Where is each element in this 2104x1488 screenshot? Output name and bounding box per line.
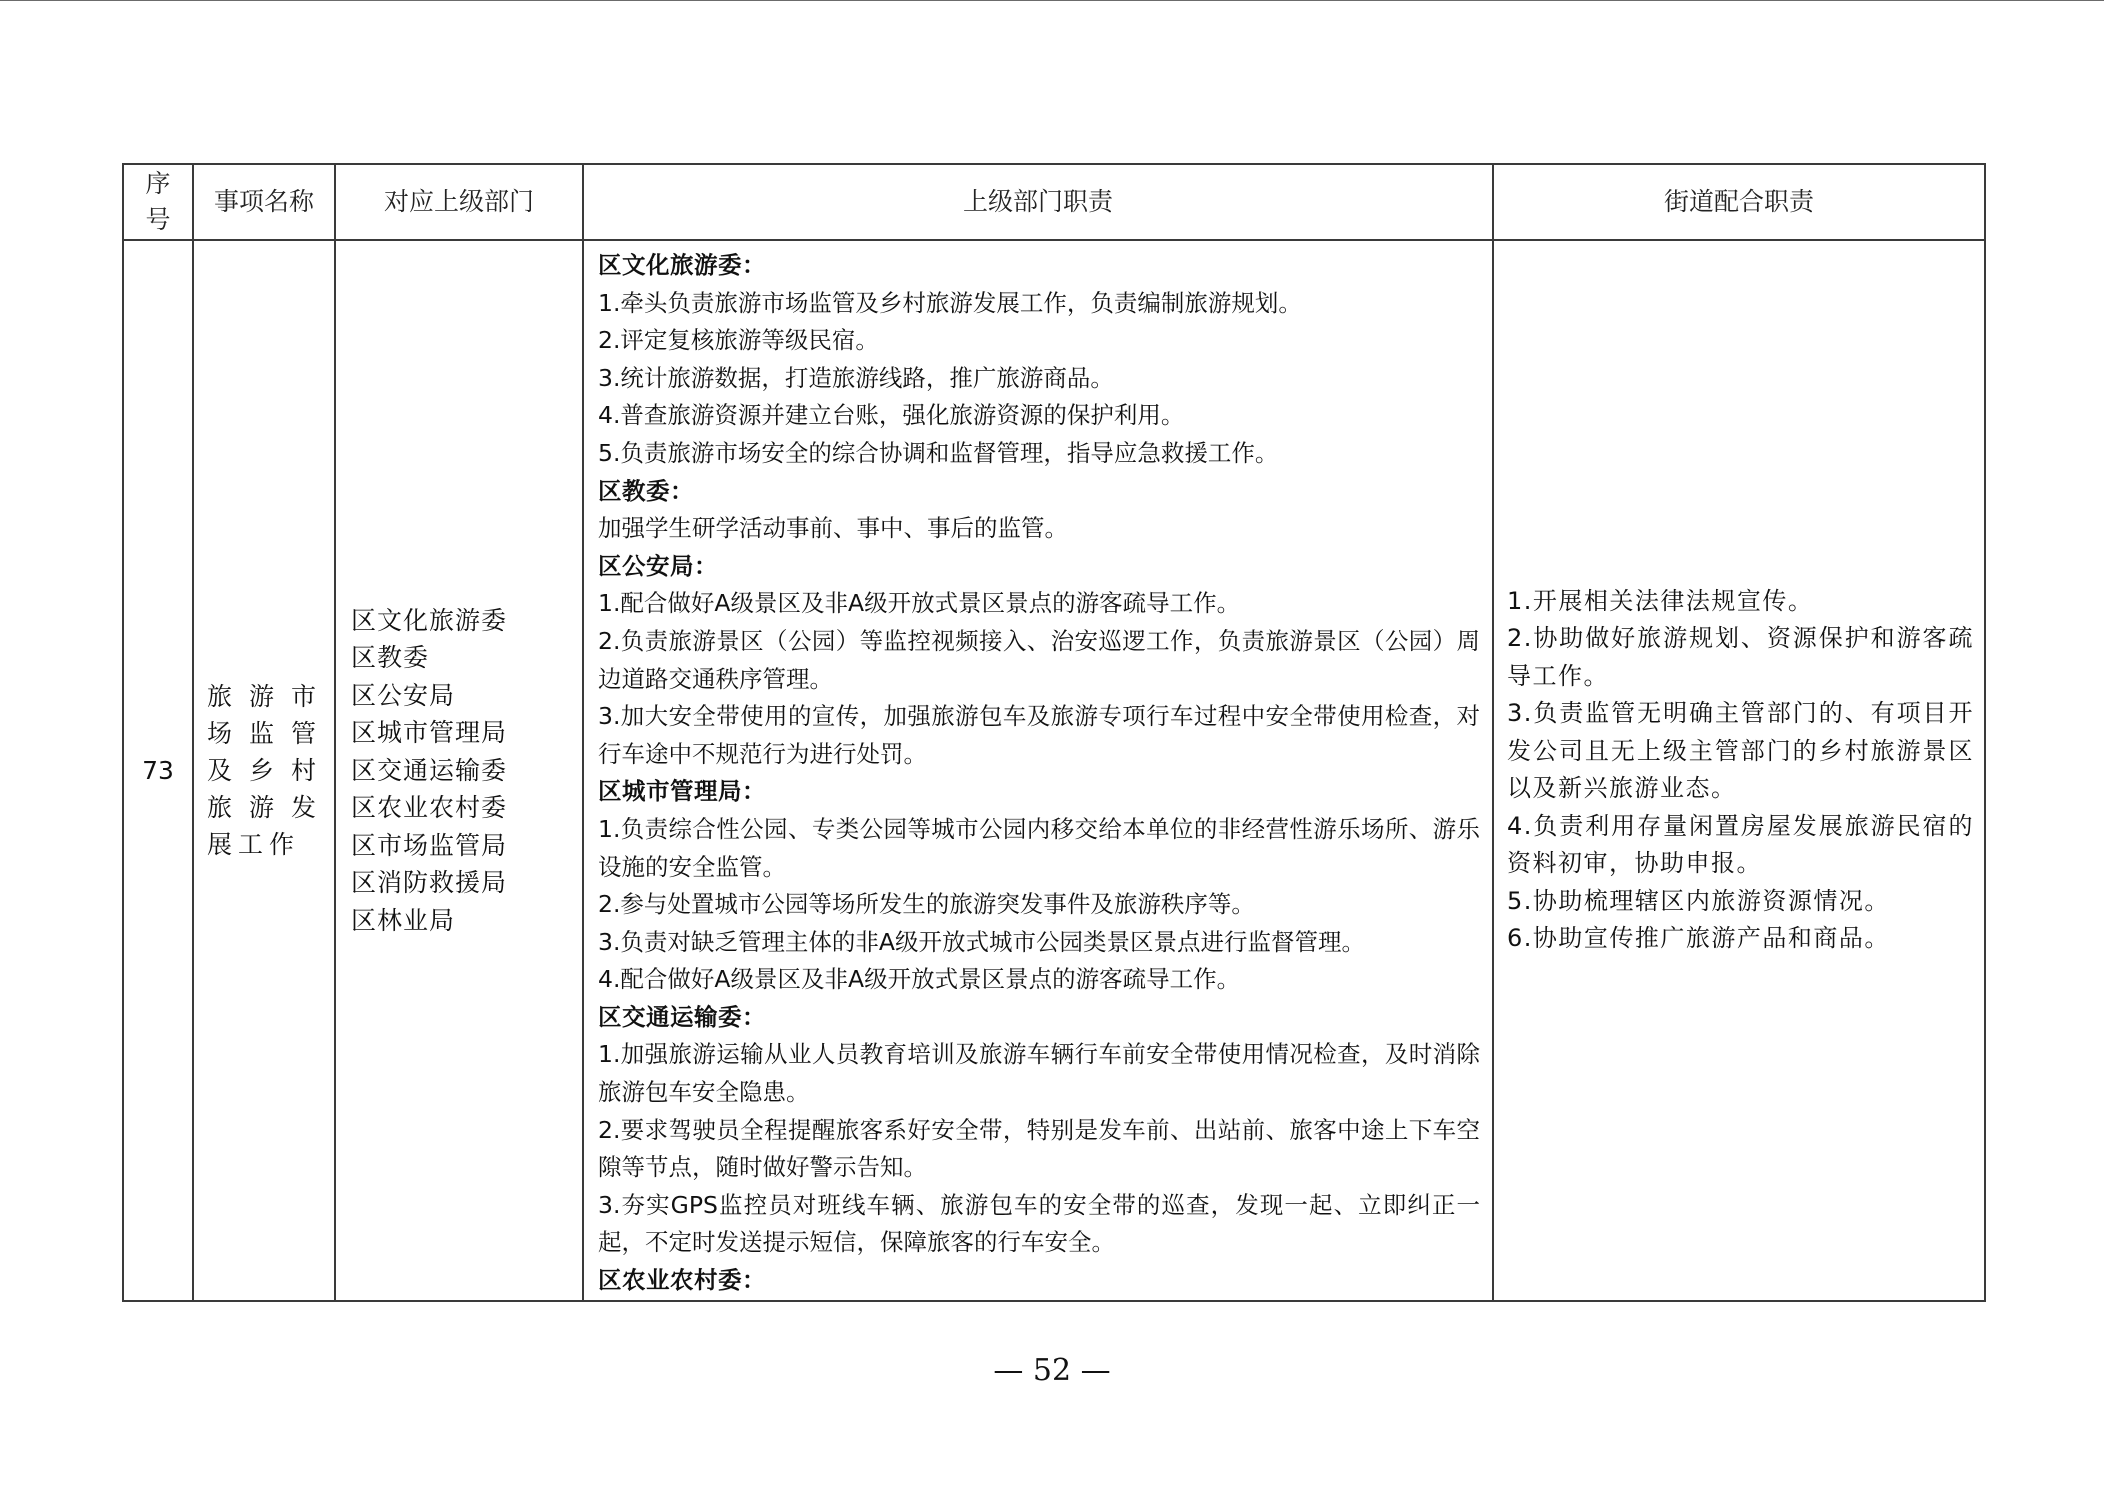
dept-list-item: 区教委 bbox=[351, 639, 582, 677]
page-top-edge bbox=[0, 0, 2104, 1]
header-seq: 序 号 bbox=[123, 164, 193, 240]
duty-dept-heading: 区教委： bbox=[598, 473, 1480, 511]
header-upper-dept: 对应上级部门 bbox=[335, 164, 583, 240]
cell-item-name: 旅游市场监管及乡村旅游发展工作 bbox=[193, 240, 335, 1301]
dept-list-item: 区林业局 bbox=[351, 902, 582, 940]
street-duty-item: 2.协助做好旅游规划、资源保护和游客疏导工作。 bbox=[1507, 620, 1974, 695]
duty-item: 3.夯实GPS监控员对班线车辆、旅游包车的安全带的巡查，发现一起、立即纠正一起，… bbox=[598, 1187, 1480, 1262]
responsibility-table: 序 号 事项名称 对应上级部门 上级部门职责 街道配合职责 73 旅游市场监管及… bbox=[122, 163, 1986, 1302]
page-number: — 52 — bbox=[0, 1353, 2104, 1388]
table-header-row: 序 号 事项名称 对应上级部门 上级部门职责 街道配合职责 bbox=[123, 164, 1985, 240]
dept-list-item: 区交通运输委 bbox=[351, 752, 582, 790]
cell-upper-depts: 区文化旅游委 区教委 区公安局 区城市管理局 区交通运输委 区农业农村委 区市场… bbox=[335, 240, 583, 1301]
cell-street-duties: 1.开展相关法律法规宣传。 2.协助做好旅游规划、资源保护和游客疏导工作。 3.… bbox=[1493, 240, 1985, 1301]
duty-dept-heading: 区文化旅游委： bbox=[598, 247, 1480, 285]
table-row: 73 旅游市场监管及乡村旅游发展工作 区文化旅游委 区教委 区公安局 区城市管理… bbox=[123, 240, 1985, 1301]
duty-item: 加强学生研学活动事前、事中、事后的监管。 bbox=[598, 510, 1480, 548]
duty-item: 5.负责旅游市场安全的综合协调和监督管理，指导应急救援工作。 bbox=[598, 435, 1480, 473]
duty-dept-heading: 区公安局： bbox=[598, 548, 1480, 586]
dept-list-item: 区文化旅游委 bbox=[351, 602, 582, 640]
duty-dept-heading: 区城市管理局： bbox=[598, 773, 1480, 811]
dept-list-item: 区公安局 bbox=[351, 677, 582, 715]
duty-dept-heading: 区交通运输委： bbox=[598, 999, 1480, 1037]
dept-list-item: 区市场监管局 bbox=[351, 827, 582, 865]
dept-list-item: 区城市管理局 bbox=[351, 714, 582, 752]
duty-item: 2.负责旅游景区（公园）等监控视频接入、治安巡逻工作，负责旅游景区（公园）周边道… bbox=[598, 623, 1480, 698]
header-upper-duties: 上级部门职责 bbox=[583, 164, 1493, 240]
duty-item: 4.配合做好A级景区及非A级开放式景区景点的游客疏导工作。 bbox=[598, 961, 1480, 999]
dept-list-item: 区消防救援局 bbox=[351, 864, 582, 902]
duty-item: 2.参与处置城市公园等场所发生的旅游突发事件及旅游秩序等。 bbox=[598, 886, 1480, 924]
duty-item: 3.统计旅游数据，打造旅游线路，推广旅游商品。 bbox=[598, 360, 1480, 398]
duty-item: 1.牵头负责旅游市场监管及乡村旅游发展工作，负责编制旅游规划。 bbox=[598, 285, 1480, 323]
header-street-duties: 街道配合职责 bbox=[1493, 164, 1985, 240]
street-duty-item: 5.协助梳理辖区内旅游资源情况。 bbox=[1507, 883, 1974, 921]
header-item-name: 事项名称 bbox=[193, 164, 335, 240]
duty-item: 1.加强旅游运输从业人员教育培训及旅游车辆行车前安全带使用情况检查，及时消除旅游… bbox=[598, 1036, 1480, 1111]
dept-list-item: 区农业农村委 bbox=[351, 789, 582, 827]
duty-item: 4.普查旅游资源并建立台账，强化旅游资源的保护利用。 bbox=[598, 397, 1480, 435]
street-duty-item: 1.开展相关法律法规宣传。 bbox=[1507, 583, 1974, 621]
street-duty-item: 3.负责监管无明确主管部门的、有项目开发公司且无上级主管部门的乡村旅游景区以及新… bbox=[1507, 695, 1974, 808]
duty-dept-heading: 区农业农村委： bbox=[598, 1262, 1480, 1300]
duty-item: 1.负责综合性公园、专类公园等城市公园内移交给本单位的非经营性游乐场所、游乐设施… bbox=[598, 811, 1480, 886]
street-duty-item: 6.协助宣传推广旅游产品和商品。 bbox=[1507, 920, 1974, 958]
duty-item: 2.要求驾驶员全程提醒旅客系好安全带，特别是发车前、出站前、旅客中途上下车空隙等… bbox=[598, 1112, 1480, 1187]
duty-item: 3.负责对缺乏管理主体的非A级开放式城市公园类景区景点进行监督管理。 bbox=[598, 924, 1480, 962]
cell-seq: 73 bbox=[123, 240, 193, 1301]
duty-item: 3.加大安全带使用的宣传，加强旅游包车及旅游专项行车过程中安全带使用检查，对行车… bbox=[598, 698, 1480, 773]
duty-item: 1.配合做好A级景区及非A级开放式景区景点的游客疏导工作。 bbox=[598, 585, 1480, 623]
street-duty-item: 4.负责利用存量闲置房屋发展旅游民宿的资料初审，协助申报。 bbox=[1507, 808, 1974, 883]
cell-upper-duties: 区文化旅游委： 1.牵头负责旅游市场监管及乡村旅游发展工作，负责编制旅游规划。 … bbox=[583, 240, 1493, 1301]
duty-item: 2.评定复核旅游等级民宿。 bbox=[598, 322, 1480, 360]
